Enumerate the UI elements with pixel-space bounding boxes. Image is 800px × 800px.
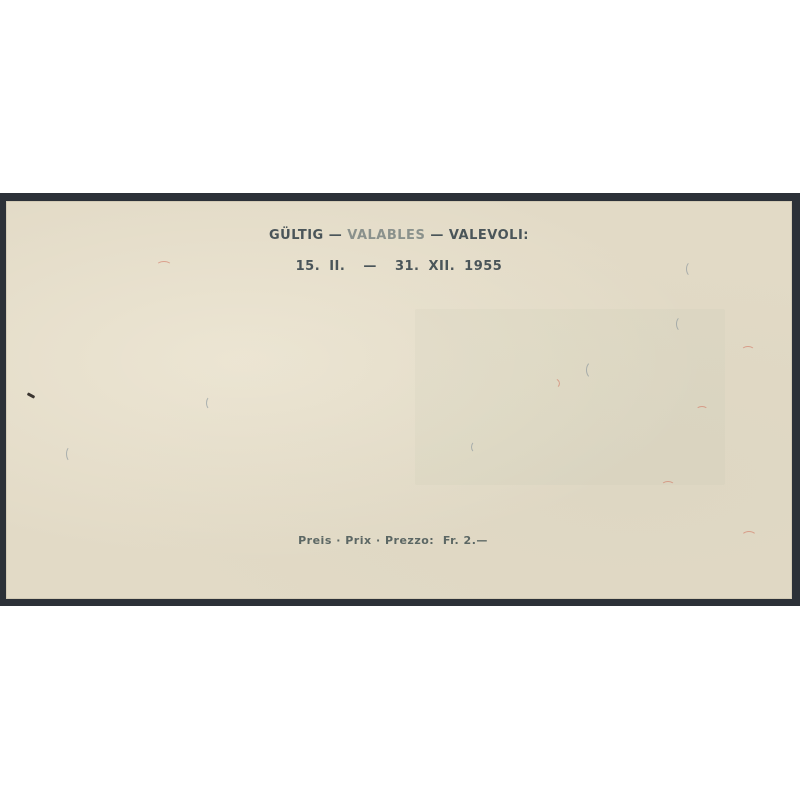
photo-stage: GÜLTIG — VALABLES — VALEVOLI: 15. II. — … <box>0 0 800 800</box>
dirt-speck <box>27 392 35 398</box>
price-dot: · <box>336 534 341 547</box>
paper-fiber <box>66 446 76 462</box>
date-start: 15. II. <box>296 259 346 274</box>
paper-fiber <box>586 361 600 379</box>
date-separator: — <box>363 259 377 274</box>
paper-fiber <box>741 346 755 356</box>
validity-label-fr: VALABLES <box>347 228 425 243</box>
paper-fiber <box>661 481 675 491</box>
price-dot: · <box>376 534 381 547</box>
date-end: 31. XII. 1955 <box>395 259 502 274</box>
validity-label-de: GÜLTIG <box>269 228 324 243</box>
validity-suffix: : <box>523 228 529 243</box>
validity-dates: 15. II. — 31. XII. 1955 <box>6 259 792 274</box>
price-label-de: Preis <box>298 534 332 547</box>
price-line: Preis · Prix · Prezzo: Fr. 2.— <box>0 534 786 547</box>
paper-fiber <box>206 396 216 410</box>
validity-heading: GÜLTIG — VALABLES — VALEVOLI: <box>6 228 792 243</box>
booklet-cover: GÜLTIG — VALABLES — VALEVOLI: 15. II. — … <box>6 201 792 599</box>
validity-label-it: VALEVOLI <box>449 228 523 243</box>
faint-offset-impression <box>415 309 725 485</box>
price-label-fr: Prix <box>345 534 371 547</box>
paper-fiber <box>676 316 688 332</box>
price-value: Fr. 2.— <box>443 534 488 547</box>
price-colon: : <box>429 534 434 547</box>
paper-fiber <box>696 406 708 414</box>
validity-separator: — <box>329 228 343 243</box>
validity-separator: — <box>430 228 444 243</box>
paper-fiber <box>471 441 481 453</box>
price-label-it: Prezzo <box>385 534 429 547</box>
